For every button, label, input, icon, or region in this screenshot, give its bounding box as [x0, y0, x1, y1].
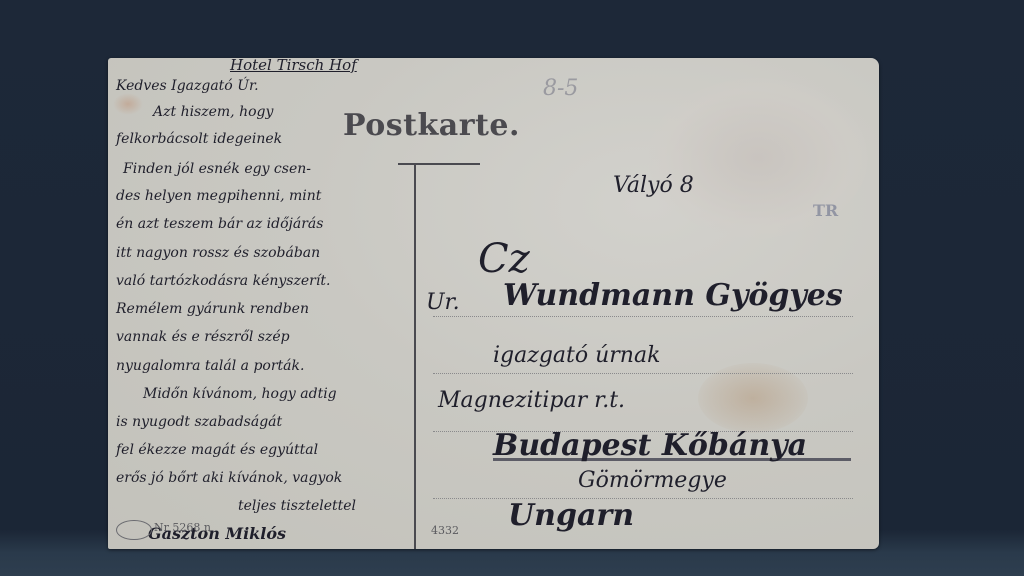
message-line: fel ékezze magát és egyúttal: [116, 442, 318, 458]
center-divider: [414, 163, 416, 549]
county: Gömörmegye: [578, 468, 727, 493]
address-line: [433, 373, 853, 374]
address-line: [433, 316, 853, 317]
message-line: is nyugodt szabadságát: [116, 414, 282, 430]
message-line: felkorbácsolt idegeinek: [116, 131, 282, 147]
message-line: Midőn kívánom, hogy adtig: [143, 386, 337, 402]
rust-stain: [113, 93, 143, 115]
recipient-title: igazgató úrnak: [493, 343, 660, 368]
address-line: [433, 498, 853, 499]
salutation-flourish: Cz: [478, 236, 530, 282]
hotel-header: Hotel Tirsch Hof: [230, 58, 357, 74]
message-line: Kedves Igazgató Úr.: [116, 78, 259, 94]
message-line: des helyen megpihenni, mint: [116, 188, 321, 204]
message-line: nyugalomra talál a porták.: [116, 358, 304, 374]
message-line: való tartózkodásra kényszerít.: [116, 273, 330, 289]
city: Budapest Kőbánya: [493, 428, 807, 463]
recipient-name: Wundmann Gyögyes: [503, 278, 843, 313]
place-date: Vályó 8: [613, 173, 694, 198]
message-line: teljes tisztelettel: [238, 498, 356, 514]
pencil-note: 8-5: [543, 76, 578, 101]
divider-top-rule: [398, 163, 480, 165]
message-line: Remélem gyárunk rendben: [116, 301, 309, 317]
company-name: Magnezitipar r.t.: [438, 388, 625, 413]
publisher-logo: [116, 520, 152, 540]
message-line: én azt teszem bár az időjárás: [116, 216, 323, 232]
message-line: Finden jól esnék egy csen-: [123, 161, 311, 177]
postcard: Postkarte. Hotel Tirsch Hof 8-5 Kedves I…: [108, 58, 879, 549]
printed-title: Postkarte.: [343, 108, 520, 143]
faded-postmark: TR: [813, 201, 838, 220]
message-line: itt nagyon rossz és szobában: [116, 245, 320, 261]
message-line: vannak és e részről szép: [116, 329, 290, 345]
address-prefix: Ur.: [426, 290, 460, 315]
message-line: erős jó bőrt aki kívánok, vagyok: [116, 470, 342, 486]
message-line: Azt hiszem, hogy: [153, 104, 273, 120]
country: Ungarn: [508, 498, 634, 533]
serial-number: 4332: [431, 524, 459, 537]
printer-mark: Nr 5268 n: [154, 521, 211, 534]
